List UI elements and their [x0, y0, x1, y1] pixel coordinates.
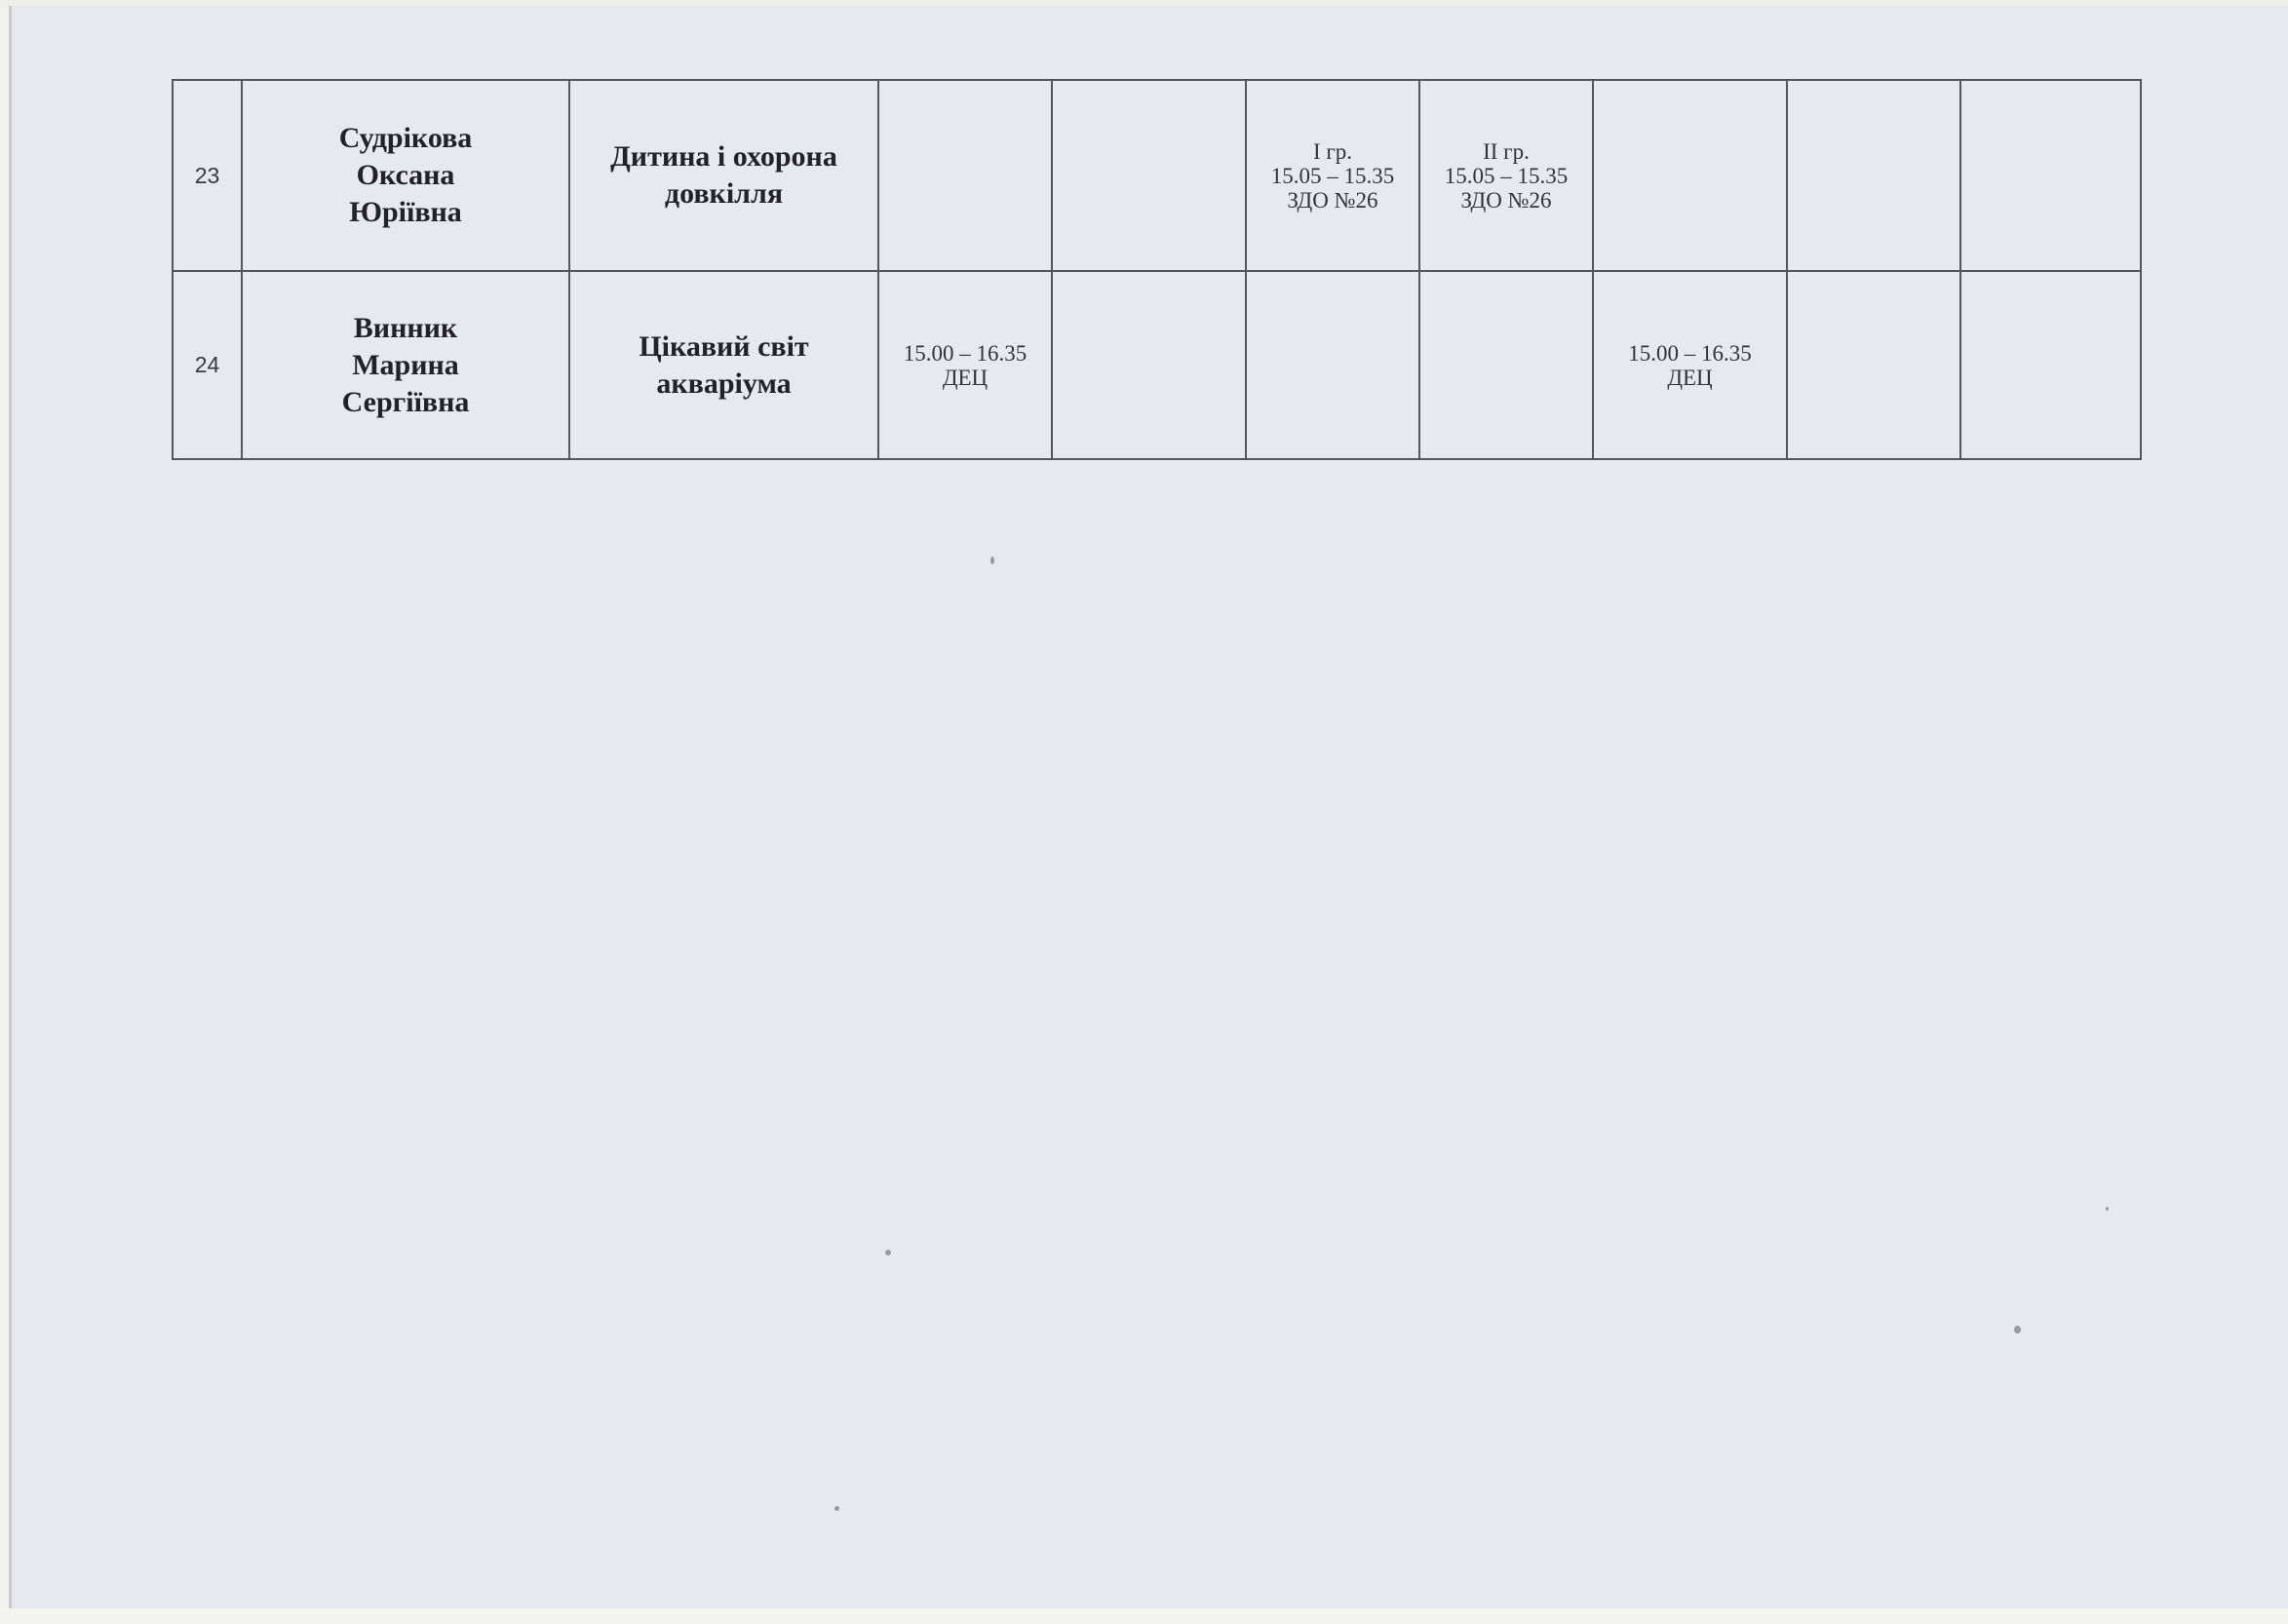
course-line-1: Цікавий світ [570, 329, 877, 366]
teacher-first-name: Оксана [243, 157, 568, 194]
scan-speck [990, 557, 994, 564]
schedule-slot [878, 80, 1052, 271]
slot-line: ІІ гр. [1420, 139, 1592, 164]
course-line-2: акваріума [570, 366, 877, 403]
table-row: 23 Судрікова Оксана Юріївна Дитина і охо… [173, 80, 2141, 271]
schedule-slot [1960, 80, 2141, 271]
teacher-patronymic: Сергіївна [243, 384, 568, 421]
scan-speck [2014, 1326, 2021, 1334]
scan-speck [834, 1506, 839, 1511]
schedule-slot [1593, 80, 1787, 271]
teacher-name-cell: Винник Марина Сергіївна [242, 271, 569, 459]
schedule-slot [1787, 80, 1960, 271]
slot-line: 15.05 – 15.35 [1420, 164, 1592, 188]
slot-line: ЗДО №26 [1420, 188, 1592, 213]
schedule-slot [1419, 271, 1593, 459]
course-name-cell: Дитина і охорона довкілля [569, 80, 878, 271]
schedule-slot: І гр.15.05 – 15.35ЗДО №26 [1246, 80, 1419, 271]
slot-line: І гр. [1247, 139, 1418, 164]
schedule-slot: 15.00 – 16.35ДЕЦ [878, 271, 1052, 459]
scan-speck [885, 1250, 891, 1256]
slot-line: 15.00 – 16.35 [879, 341, 1051, 366]
slot-line: ЗДО №26 [1247, 188, 1418, 213]
table-row: 24 Винник Марина Сергіївна Цікавий світ … [173, 271, 2141, 459]
schedule-table: 23 Судрікова Оксана Юріївна Дитина і охо… [172, 79, 2142, 460]
schedule-slot: ІІ гр.15.05 – 15.35ЗДО №26 [1419, 80, 1593, 271]
teacher-surname: Судрікова [243, 120, 568, 157]
slot-line: 15.05 – 15.35 [1247, 164, 1418, 188]
teacher-name-cell: Судрікова Оксана Юріївна [242, 80, 569, 271]
scan-bottom-edge [0, 1608, 2288, 1624]
slot-line: ДЕЦ [1594, 366, 1786, 390]
schedule-slot: 15.00 – 16.35ДЕЦ [1593, 271, 1787, 459]
teacher-surname: Винник [243, 310, 568, 347]
schedule-slot [1052, 80, 1246, 271]
row-number: 24 [173, 271, 242, 459]
course-name-cell: Цікавий світ акваріума [569, 271, 878, 459]
schedule-slot [1787, 271, 1960, 459]
course-line-1: Дитина і охорона [570, 138, 877, 175]
slot-line: ДЕЦ [879, 366, 1051, 390]
schedule-slot [1246, 271, 1419, 459]
teacher-first-name: Марина [243, 347, 568, 384]
row-number: 23 [173, 80, 242, 271]
scan-speck [2106, 1207, 2109, 1211]
slot-line: 15.00 – 16.35 [1594, 341, 1786, 366]
schedule-slot [1052, 271, 1246, 459]
teacher-patronymic: Юріївна [243, 194, 568, 231]
course-line-2: довкілля [570, 175, 877, 213]
schedule-slot [1960, 271, 2141, 459]
